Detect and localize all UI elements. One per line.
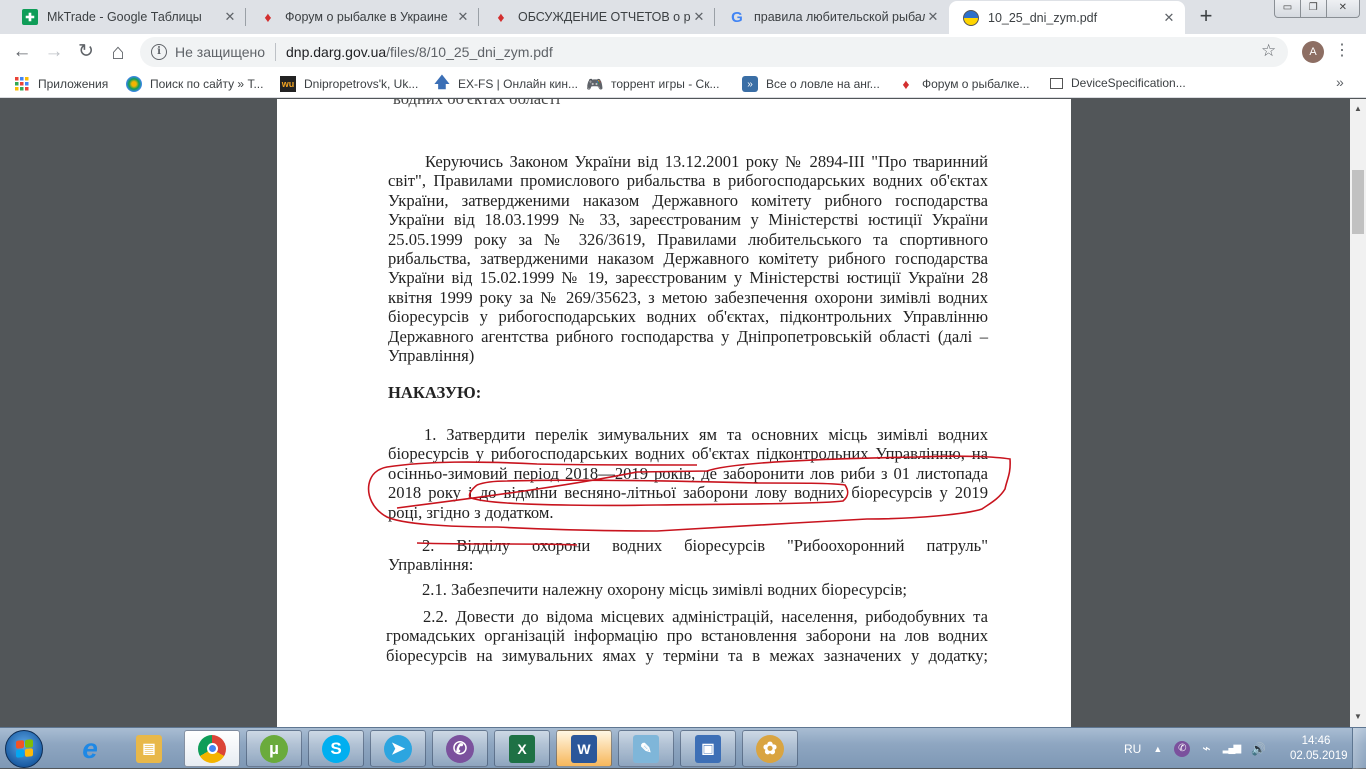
paint-icon: ✿ xyxy=(756,735,784,763)
gamepad-icon: 🎮 xyxy=(587,76,603,92)
order-heading: НАКАЗУЮ: xyxy=(388,383,481,402)
close-icon[interactable]: ✕ xyxy=(925,9,941,25)
fishing-forum-icon: ♦ xyxy=(493,9,509,25)
google-sheets-icon: ✚ xyxy=(22,9,38,25)
fishing-forum-icon: ♦ xyxy=(260,9,276,25)
window-controls: ▭ ❐ ✕ xyxy=(1274,0,1360,18)
text-line: 1. Затвердити перелік зимувальних ям та … xyxy=(388,425,988,444)
bookmark-label: Приложения xyxy=(38,77,108,91)
bookmarks-overflow-button[interactable]: » xyxy=(1336,74,1344,90)
up-arrow-icon: 🡅 xyxy=(434,76,450,92)
order-item-1: 1. Затвердити перелік зимувальних ям та … xyxy=(388,425,988,522)
text-line: України від 18.03.1999 № 33, зареєстрова… xyxy=(388,210,988,229)
tab-title: 10_25_dni_zym.pdf xyxy=(988,11,1161,25)
telegram-icon: ➤ xyxy=(384,735,412,763)
taskbar-word-button[interactable]: W xyxy=(556,730,612,767)
bookmark-weather[interactable]: wu Dnipropetrovs'k, Uk... xyxy=(280,76,418,92)
text-line: квітня 1999 року за № 269/35623, з метою… xyxy=(388,288,988,307)
clock[interactable]: 14:46 02.05.2019 xyxy=(1290,734,1342,764)
clock-date: 02.05.2019 xyxy=(1290,749,1342,764)
text-line: осінньо-зимовий період 2018—2019 років, … xyxy=(388,464,988,483)
text-line: 2.2. Довести до відома місцевих адмініст… xyxy=(386,607,988,626)
file-explorer-icon: ▤ xyxy=(136,735,162,763)
text-line: України, затвердженими наказом Державног… xyxy=(388,191,988,210)
windows-taskbar: e▤µS➤✆XW✎▣✿ RU ▲ ✆ ⌁ ▂▄▆ 🔊 14:46 02.05.2… xyxy=(0,727,1366,768)
bookmark-label: Поиск по сайту » Т... xyxy=(150,77,263,91)
text-line: України від 15.02.1999 № 19, зареєстрова… xyxy=(388,268,988,287)
taskbar-excel-button[interactable]: X xyxy=(494,730,550,767)
show-hidden-icons-button[interactable]: ▲ xyxy=(1153,744,1162,754)
tab-pdf-active[interactable]: 10_25_dni_zym.pdf ✕ xyxy=(949,1,1185,34)
bookmarks-bar: Приложения Поиск по сайту » Т... wu Dnip… xyxy=(0,70,1366,98)
reload-button[interactable]: ↻ xyxy=(74,40,98,64)
order-item-2-2: 2.2. Довести до відома місцевих адмініст… xyxy=(386,607,988,665)
bookmark-star-icon[interactable]: ☆ xyxy=(1261,41,1276,61)
text-line: біоресурсів у рибогосподарських водних о… xyxy=(388,444,988,463)
tab-strip: ✚ MkTrade - Google Таблицы ✕ ♦ Форум о р… xyxy=(0,0,1366,34)
scroll-up-arrow[interactable]: ▲ xyxy=(1350,101,1366,117)
bookmark-exfs[interactable]: 🡅 EX-FS | Онлайн кин... xyxy=(434,76,578,92)
tab-fishing-forum[interactable]: ♦ Форум о рыбалке в Украине ✕ xyxy=(246,0,479,34)
chrome-icon xyxy=(198,735,226,763)
taskbar-utorrent-button[interactable]: µ xyxy=(246,730,302,767)
forward-button[interactable]: → xyxy=(42,40,66,64)
minimize-button[interactable]: ▭ xyxy=(1275,0,1301,17)
tab-title: Форум о рыбалке в Украине xyxy=(285,10,455,24)
info-icon[interactable]: i xyxy=(151,44,167,60)
bookmark-label: Форум о рыбалке... xyxy=(922,77,1029,91)
taskbar-viber-button[interactable]: ✆ xyxy=(432,730,488,767)
taskbar-paint-button[interactable]: ✿ xyxy=(742,730,798,767)
close-icon[interactable]: ✕ xyxy=(222,9,238,25)
text-line: Управління) xyxy=(388,346,988,365)
apps-grid-icon xyxy=(14,76,30,92)
new-tab-button[interactable]: + xyxy=(1194,5,1218,29)
device-icon xyxy=(1050,78,1063,89)
excel-icon: X xyxy=(509,735,535,763)
taskbar-chrome-button[interactable] xyxy=(184,730,240,767)
text-line: Державного агентства рибного господарств… xyxy=(388,327,988,346)
browser-menu-icon[interactable]: ⋮ xyxy=(1334,41,1350,63)
system-tray: RU ▲ ✆ ⌁ ▂▄▆ 🔊 xyxy=(1124,728,1278,768)
pdf-viewer[interactable]: водних об'єктах області Керуючись Законо… xyxy=(0,99,1350,727)
pdf-page: водних об'єктах області Керуючись Законо… xyxy=(277,99,1071,727)
fishing-forum-icon: ♦ xyxy=(898,76,914,92)
taskbar-remote-desktop-button[interactable]: ▣ xyxy=(680,730,736,767)
utorrent-icon: µ xyxy=(260,735,288,763)
bookmark-site-search[interactable]: Поиск по сайту » Т... xyxy=(126,76,263,92)
security-status[interactable]: Не защищено xyxy=(175,44,265,60)
bookmark-label: DeviceSpecification... xyxy=(1071,76,1186,90)
order-item-2: 2. Відділу охорони водних біоресурсів "Р… xyxy=(388,536,988,575)
home-button[interactable]: ⌂ xyxy=(106,40,130,64)
bookmark-label: Dnipropetrovs'k, Uk... xyxy=(304,77,418,91)
tab-google-search[interactable]: G правила любительской рыбалк ✕ xyxy=(715,0,949,34)
taskbar-file-explorer-button[interactable]: ▤ xyxy=(121,730,177,767)
browser-toolbar: ← → ↻ ⌂ i Не защищено dnp.darg.gov.ua/fi… xyxy=(0,34,1366,70)
text-line: світ", Правилами промислового рибальства… xyxy=(388,171,988,190)
tab-mktrade[interactable]: ✚ MkTrade - Google Таблицы ✕ xyxy=(8,0,246,34)
text-line: 2018 року і до відміни весняно-літньої з… xyxy=(388,483,988,502)
cut-off-line: водних об'єктах області xyxy=(393,99,560,109)
bookmark-torrent-games[interactable]: 🎮 торрент игры - Ск... xyxy=(587,76,719,92)
taskbar-internet-explorer-button[interactable]: e xyxy=(62,730,118,767)
close-window-button[interactable]: ✕ xyxy=(1327,0,1359,17)
text-line: рибальства, затвердженими наказом Держав… xyxy=(388,249,988,268)
bookmark-label: торрент игры - Ск... xyxy=(611,77,719,91)
bookmark-device-spec[interactable]: DeviceSpecification... xyxy=(1050,76,1186,90)
omnibox-divider xyxy=(275,43,276,61)
close-icon[interactable]: ✕ xyxy=(1161,10,1177,26)
tab-title: ОБСУЖДЕНИЕ ОТЧЕТОВ о рыб xyxy=(518,10,691,24)
maximize-button[interactable]: ❐ xyxy=(1301,0,1327,17)
google-icon: G xyxy=(729,9,745,25)
order-item-2-1: 2.1. Забезпечити належну охорону місць з… xyxy=(422,580,907,599)
text-line: біоресурсів у рибогосподарських водних о… xyxy=(388,307,988,326)
back-button[interactable]: ← xyxy=(10,40,34,64)
tab-title: правила любительской рыбалк xyxy=(754,10,925,24)
text-line: році, згідно з додатком. xyxy=(388,503,988,522)
text-line: біоресурсів на зимувальних ямах у термін… xyxy=(386,646,988,665)
remote-desktop-icon: ▣ xyxy=(695,735,721,763)
tab-title: MkTrade - Google Таблицы xyxy=(47,10,222,24)
power-icon[interactable]: ⌁ xyxy=(1202,740,1210,757)
bookmark-fishing-forum[interactable]: ♦ Форум о рыбалке... xyxy=(898,76,1029,92)
vertical-scrollbar[interactable]: ▲ ▼ xyxy=(1350,99,1366,727)
windows-logo-icon xyxy=(16,739,33,757)
scroll-down-arrow[interactable]: ▼ xyxy=(1350,709,1366,725)
text-line: Керуючись Законом України від 13.12.2001… xyxy=(388,152,988,171)
profile-avatar[interactable]: A xyxy=(1302,41,1324,63)
address-bar[interactable]: i Не защищено dnp.darg.gov.ua/files/8/10… xyxy=(140,37,1288,67)
text-line: Управління: xyxy=(388,555,988,574)
bookmark-label: EX-FS | Онлайн кин... xyxy=(458,77,578,91)
url-host: dnp.darg.gov.ua xyxy=(286,44,386,60)
tab-reports-discussion[interactable]: ♦ ОБСУЖДЕНИЕ ОТЧЕТОВ о рыб ✕ xyxy=(479,0,715,34)
word-icon: W xyxy=(571,735,597,763)
start-button[interactable] xyxy=(5,730,43,768)
bookmark-label: Все о ловле на анг... xyxy=(766,77,880,91)
language-indicator[interactable]: RU xyxy=(1124,742,1141,756)
internet-explorer-icon: e xyxy=(76,735,104,763)
bookmark-apps[interactable]: Приложения xyxy=(14,76,108,92)
bookmark-angling[interactable]: » Все о ловле на анг... xyxy=(742,76,880,92)
close-icon[interactable]: ✕ xyxy=(691,9,707,25)
viber-tray-icon[interactable]: ✆ xyxy=(1174,741,1190,757)
skype-icon: S xyxy=(322,735,350,763)
taskbar-telegram-button[interactable]: ➤ xyxy=(370,730,426,767)
text-line: 2. Відділу охорони водних біоресурсів "Р… xyxy=(388,536,988,555)
url-path: /files/8/10_25_dni_zym.pdf xyxy=(386,44,553,60)
weather-underground-icon: wu xyxy=(280,76,296,92)
text-line: громадських організацій інформацію про в… xyxy=(386,626,988,645)
notepad-icon: ✎ xyxy=(633,735,659,763)
show-desktop-button[interactable] xyxy=(1352,728,1366,768)
close-icon[interactable]: ✕ xyxy=(455,9,471,25)
viber-icon: ✆ xyxy=(446,735,474,763)
network-signal-icon[interactable]: ▂▄▆ xyxy=(1223,743,1239,754)
globe-icon xyxy=(126,76,142,92)
taskbar-notepad-button[interactable]: ✎ xyxy=(618,730,674,767)
forward-icon: » xyxy=(742,76,758,92)
clock-time: 14:46 xyxy=(1290,734,1342,749)
text-line: 25.05.1999 року за № 326/3619, Правилами… xyxy=(388,230,988,249)
preamble-paragraph: Керуючись Законом України від 13.12.2001… xyxy=(388,152,988,365)
scrollbar-thumb[interactable] xyxy=(1352,170,1364,234)
volume-icon[interactable]: 🔊 xyxy=(1251,742,1266,756)
taskbar-skype-button[interactable]: S xyxy=(308,730,364,767)
ukraine-globe-icon xyxy=(963,10,979,26)
